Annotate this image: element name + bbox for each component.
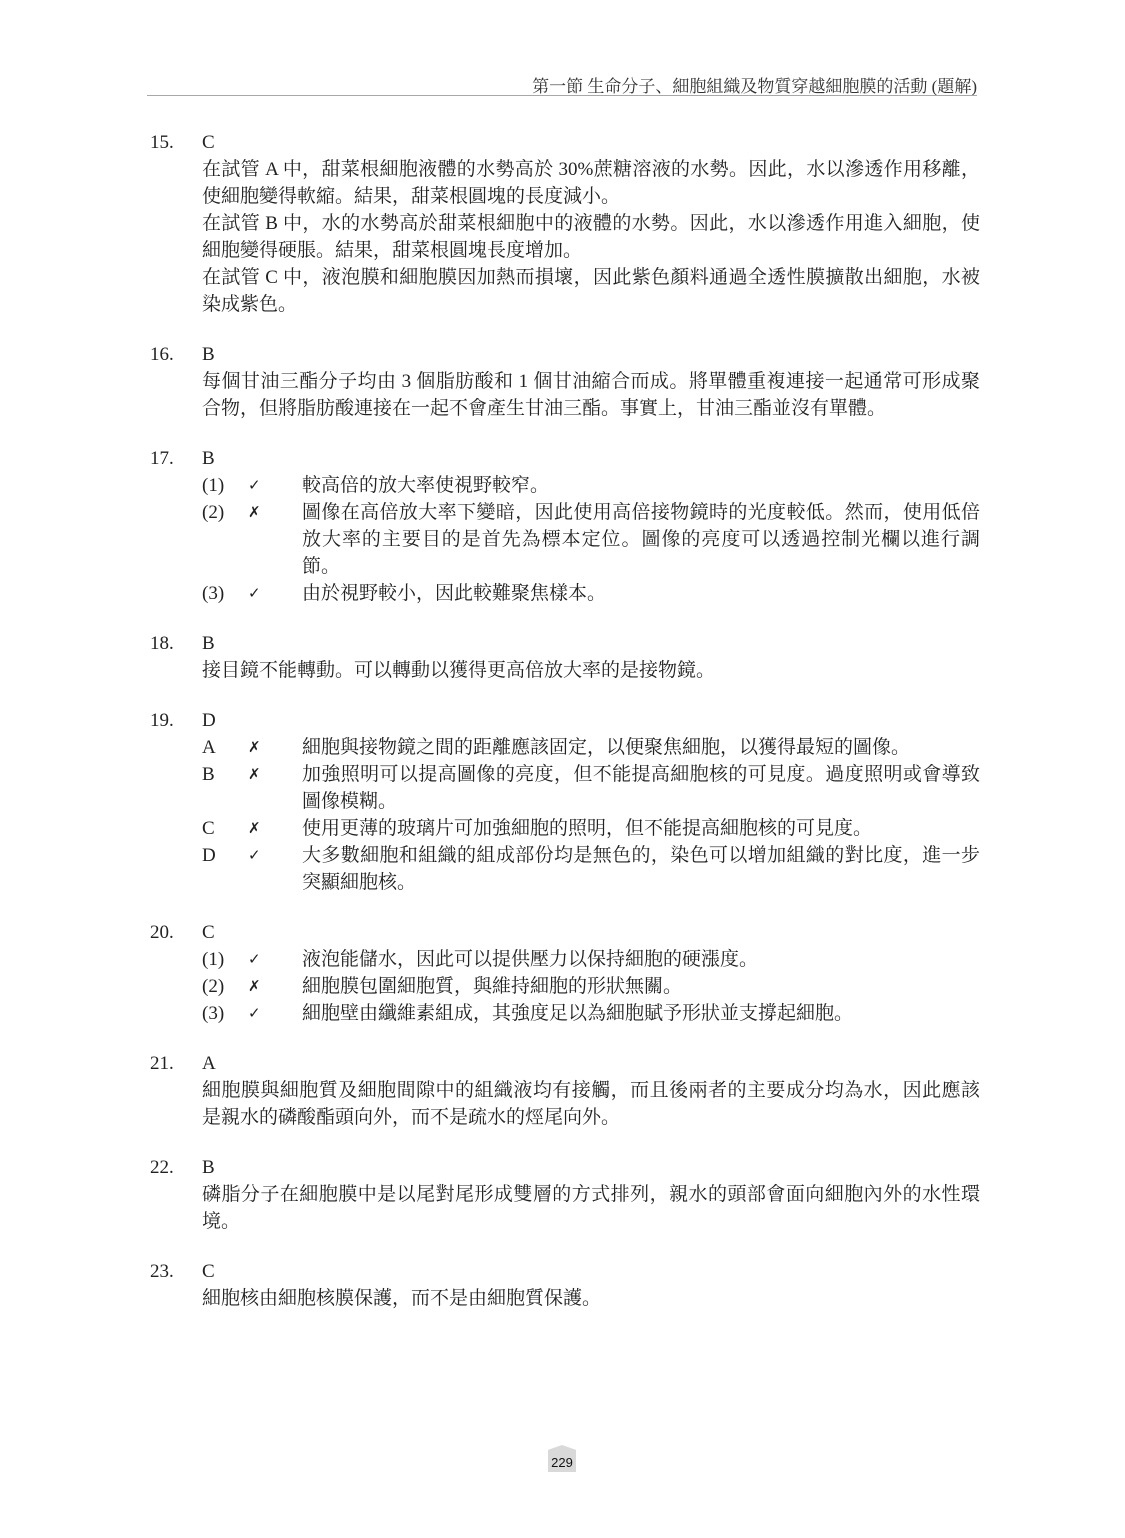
- running-header: 第一節 生命分子、細胞組織及物質穿越細胞膜的活動 (題解): [147, 72, 977, 97]
- statement-text: 較高倍的放大率使視野較窄。: [302, 472, 980, 499]
- explanation-paragraph: 在試管 A 中，甜菜根細胞液體的水勢高於 30%蔗糖溶液的水勢。因此，水以滲透作…: [202, 156, 980, 210]
- statement-text: 液泡能儲水，因此可以提供壓力以保持細胞的硬漲度。: [302, 946, 980, 973]
- question-18: 18. B 接目鏡不能轉動。可以轉動以獲得更高倍放大率的是接物鏡。: [150, 631, 980, 684]
- option-item: B ✗ 加強照明可以提高圖像的亮度，但不能提高細胞核的可見度。過度照明或會導致圖…: [202, 761, 980, 815]
- check-icon: ✓: [248, 580, 302, 607]
- statement-item: (2) ✗ 圖像在高倍放大率下變暗，因此使用高倍接物鏡時的光度較低。然而，使用低…: [202, 499, 980, 580]
- question-answer: C: [202, 920, 215, 946]
- statement-label: (2): [202, 973, 248, 1000]
- statement-label: (1): [202, 472, 248, 499]
- cross-icon: ✗: [248, 973, 302, 1000]
- statement-item: (3) ✓ 由於視野較小，因此較難聚焦樣本。: [202, 580, 980, 607]
- option-text: 使用更薄的玻璃片可加強細胞的照明，但不能提高細胞核的可見度。: [302, 815, 980, 842]
- option-label: A: [202, 734, 248, 761]
- option-item: C ✗ 使用更薄的玻璃片可加強細胞的照明，但不能提高細胞核的可見度。: [202, 815, 980, 842]
- question-answer: A: [202, 1051, 216, 1077]
- question-number: 21.: [150, 1051, 202, 1077]
- question-answer: B: [202, 1155, 215, 1181]
- statement-item: (3) ✓ 細胞壁由纖維素組成，其強度足以為細胞賦予形狀並支撐起細胞。: [202, 1000, 980, 1027]
- question-answer: B: [202, 631, 215, 657]
- question-19: 19. D A ✗ 細胞與接物鏡之間的距離應該固定，以便聚焦細胞，以獲得最短的圖…: [150, 708, 980, 896]
- statement-text: 細胞膜包圍細胞質，與維持細胞的形狀無關。: [302, 973, 980, 1000]
- header-divider: [147, 95, 977, 96]
- option-item: A ✗ 細胞與接物鏡之間的距離應該固定，以便聚焦細胞，以獲得最短的圖像。: [202, 734, 980, 761]
- question-number: 22.: [150, 1155, 202, 1181]
- question-number: 18.: [150, 631, 202, 657]
- option-text: 大多數細胞和組織的組成部份均是無色的，染色可以增加組織的對比度，進一步突顯細胞核…: [302, 842, 980, 896]
- cross-icon: ✗: [248, 734, 302, 761]
- question-answer: B: [202, 446, 215, 472]
- statement-label: (1): [202, 946, 248, 973]
- question-23: 23. C 細胞核由細胞核膜保護，而不是由細胞質保護。: [150, 1259, 980, 1312]
- statement-text: 圖像在高倍放大率下變暗，因此使用高倍接物鏡時的光度較低。然而，使用低倍放大率的主…: [302, 499, 980, 580]
- question-21: 21. A 細胞膜與細胞質及細胞間隙中的組織液均有接觸，而且後兩者的主要成分均為…: [150, 1051, 980, 1131]
- statement-label: (2): [202, 499, 248, 580]
- option-label: B: [202, 761, 248, 815]
- statement-item: (1) ✓ 較高倍的放大率使視野較窄。: [202, 472, 980, 499]
- check-icon: ✓: [248, 946, 302, 973]
- explanation-paragraph: 細胞膜與細胞質及細胞間隙中的組織液均有接觸，而且後兩者的主要成分均為水，因此應該…: [202, 1077, 980, 1131]
- question-answer: D: [202, 708, 216, 734]
- cross-icon: ✗: [248, 761, 302, 815]
- statement-text: 細胞壁由纖維素組成，其強度足以為細胞賦予形狀並支撐起細胞。: [302, 1000, 980, 1027]
- question-answer: B: [202, 342, 215, 368]
- question-22: 22. B 磷脂分子在細胞膜中是以尾對尾形成雙層的方式排列，親水的頭部會面向細胞…: [150, 1155, 980, 1235]
- page-number-badge: 229: [548, 1445, 576, 1472]
- question-answer: C: [202, 130, 215, 156]
- explanation-paragraph: 在試管 C 中，液泡膜和細胞膜因加熱而損壞，因此紫色顏料通過全透性膜擴散出細胞，…: [202, 264, 980, 318]
- question-number: 20.: [150, 920, 202, 946]
- option-item: D ✓ 大多數細胞和組織的組成部份均是無色的，染色可以增加組織的對比度，進一步突…: [202, 842, 980, 896]
- question-number: 15.: [150, 130, 202, 156]
- option-label: C: [202, 815, 248, 842]
- question-20: 20. C (1) ✓ 液泡能儲水，因此可以提供壓力以保持細胞的硬漲度。 (2)…: [150, 920, 980, 1027]
- answer-list: 15. C 在試管 A 中，甜菜根細胞液體的水勢高於 30%蔗糖溶液的水勢。因此…: [150, 130, 980, 1336]
- option-label: D: [202, 842, 248, 896]
- option-text: 細胞與接物鏡之間的距離應該固定，以便聚焦細胞，以獲得最短的圖像。: [302, 734, 980, 761]
- question-number: 16.: [150, 342, 202, 368]
- explanation-paragraph: 每個甘油三酯分子均由 3 個脂肪酸和 1 個甘油縮合而成。將單體重複連接一起通常…: [202, 368, 980, 422]
- explanation-paragraph: 接目鏡不能轉動。可以轉動以獲得更高倍放大率的是接物鏡。: [202, 657, 980, 684]
- explanation-paragraph: 在試管 B 中，水的水勢高於甜菜根細胞中的液體的水勢。因此，水以滲透作用進入細胞…: [202, 210, 980, 264]
- cross-icon: ✗: [248, 499, 302, 580]
- explanation-paragraph: 磷脂分子在細胞膜中是以尾對尾形成雙層的方式排列，親水的頭部會面向細胞內外的水性環…: [202, 1181, 980, 1235]
- question-answer: C: [202, 1259, 215, 1285]
- check-icon: ✓: [248, 472, 302, 499]
- statement-label: (3): [202, 580, 248, 607]
- statement-item: (1) ✓ 液泡能儲水，因此可以提供壓力以保持細胞的硬漲度。: [202, 946, 980, 973]
- check-icon: ✓: [248, 1000, 302, 1027]
- statement-item: (2) ✗ 細胞膜包圍細胞質，與維持細胞的形狀無關。: [202, 973, 980, 1000]
- question-17: 17. B (1) ✓ 較高倍的放大率使視野較窄。 (2) ✗ 圖像在高倍放大率…: [150, 446, 980, 607]
- explanation-paragraph: 細胞核由細胞核膜保護，而不是由細胞質保護。: [202, 1285, 980, 1312]
- cross-icon: ✗: [248, 815, 302, 842]
- question-15: 15. C 在試管 A 中，甜菜根細胞液體的水勢高於 30%蔗糖溶液的水勢。因此…: [150, 130, 980, 318]
- statement-label: (3): [202, 1000, 248, 1027]
- option-text: 加強照明可以提高圖像的亮度，但不能提高細胞核的可見度。過度照明或會導致圖像模糊。: [302, 761, 980, 815]
- question-number: 17.: [150, 446, 202, 472]
- question-16: 16. B 每個甘油三酯分子均由 3 個脂肪酸和 1 個甘油縮合而成。將單體重複…: [150, 342, 980, 422]
- statement-text: 由於視野較小，因此較難聚焦樣本。: [302, 580, 980, 607]
- question-number: 19.: [150, 708, 202, 734]
- check-icon: ✓: [248, 842, 302, 896]
- question-number: 23.: [150, 1259, 202, 1285]
